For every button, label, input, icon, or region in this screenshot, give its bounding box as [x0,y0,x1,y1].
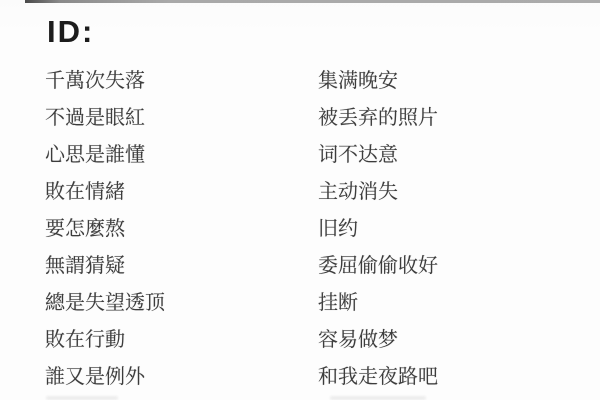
id-list: 千萬次失落 集满晚安 不過是眼紅 被丢弃的照片 心思是誰懂 词不达意 敗在情緒 … [0,60,600,393]
list-item: 集满晚安 [318,64,398,93]
list-row: 總是失望透顶 挂断 [0,282,600,319]
list-item: 挂断 [318,286,358,315]
list-item: 敗在情緒 [45,175,125,204]
page-background: ID: 千萬次失落 集满晚安 不過是眼紅 被丢弃的照片 心思是誰懂 词不达意 敗… [0,0,600,400]
list-item: 無謂猜疑 [45,249,125,278]
list-row: 不過是眼紅 被丢弃的照片 [0,97,600,134]
list-item: 心思是誰懂 [45,138,145,167]
list-row: 要怎麼熬 旧约 [0,208,600,245]
page-title: ID: [47,14,94,50]
list-item: 委屈偷偷收好 [318,249,438,278]
list-item: 和我走夜路吧 [318,360,438,389]
list-item: 词不达意 [318,138,398,167]
cutoff-row-hint [46,396,118,400]
list-item: 誰又是例外 [45,360,145,389]
list-item: 主动消失 [318,175,398,204]
list-item: 千萬次失落 [45,64,145,93]
list-item: 不過是眼紅 [45,101,145,130]
list-item: 敗在行動 [45,323,125,352]
list-item: 要怎麼熬 [45,212,125,241]
list-item: 容易做梦 [318,323,398,352]
list-row: 千萬次失落 集满晚安 [0,60,600,97]
list-row: 無謂猜疑 委屈偷偷收好 [0,245,600,282]
top-edge-bar [25,0,600,3]
list-row: 敗在行動 容易做梦 [0,319,600,356]
list-row: 敗在情緒 主动消失 [0,171,600,208]
list-row: 誰又是例外 和我走夜路吧 [0,356,600,393]
list-item: 被丢弃的照片 [318,101,438,130]
cutoff-row-hint [330,396,426,400]
list-item: 總是失望透顶 [45,286,165,315]
list-item: 旧约 [318,212,358,241]
list-row: 心思是誰懂 词不达意 [0,134,600,171]
